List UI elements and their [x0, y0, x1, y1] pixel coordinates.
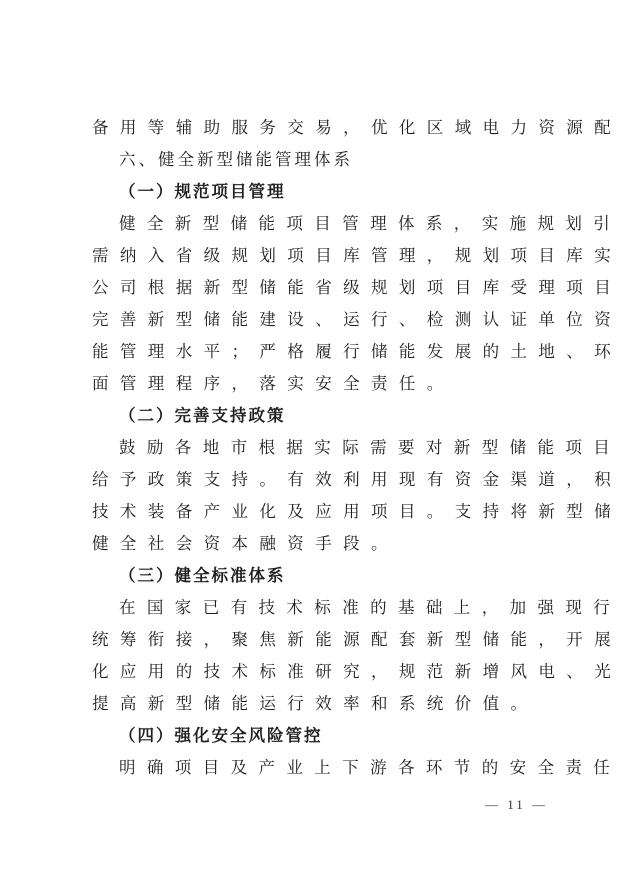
- subsection-heading: （二）完善支持政策: [92, 400, 544, 432]
- subsection-heading: （四）强化安全风险管控: [92, 720, 544, 752]
- body-line: 健全社会资本融资手段。: [92, 528, 544, 560]
- body-line: 完善新型储能建设、运行、检测认证单位资质资格，提升新型储: [92, 304, 544, 336]
- body-line: 给予政策支持。有效利用现有资金渠道，积极支持新型储能关键: [92, 464, 544, 496]
- section-heading: 六、健全新型储能管理体系: [92, 144, 544, 176]
- body-line: 提高新型储能运行效率和系统价值。: [92, 688, 544, 720]
- body-line: 备用等辅助服务交易，优化区域电力资源配置。: [92, 112, 544, 144]
- body-line: 需纳入省级规划项目库管理，规划项目库实行年度滚动；省电力: [92, 240, 544, 272]
- body-line: 鼓励各地市根据实际需要对新型储能项目用地、融资等方面: [92, 432, 544, 464]
- body-line: 统筹衔接，聚焦新能源配套新型储能，开展不同应用场景和多元: [92, 624, 544, 656]
- subsection-heading: （一）规范项目管理: [92, 176, 544, 208]
- body-line: 面管理程序，落实安全责任。: [92, 368, 544, 400]
- body-line: 化应用的技术标准研究，规范新增风电、光伏配置新型储能要求，: [92, 656, 544, 688]
- body-line: 技术装备产业化及应用项目。支持将新型储能纳入绿色金融体系，: [92, 496, 544, 528]
- body-line: 能管理水平；严格履行储能发展的土地、环保、安全、消防等方: [92, 336, 544, 368]
- body-line: 在国家已有技术标准的基础上，加强现行标准与储能应用的: [92, 592, 544, 624]
- body-line: 公司根据新型储能省级规划项目库受理项目接入系统事宜办理。: [92, 272, 544, 304]
- body-line: 明确项目及产业上下游各环节的安全责任主体，强化安全责: [92, 752, 544, 784]
- subsection-heading: （三）健全标准体系: [92, 560, 544, 592]
- document-page: 备用等辅助服务交易，优化区域电力资源配置。 六、健全新型储能管理体系 （一）规范…: [92, 112, 544, 784]
- page-number: — 11 —: [485, 797, 548, 813]
- body-line: 健全新型储能项目管理体系，实施规划引领，新型储能项目: [92, 208, 544, 240]
